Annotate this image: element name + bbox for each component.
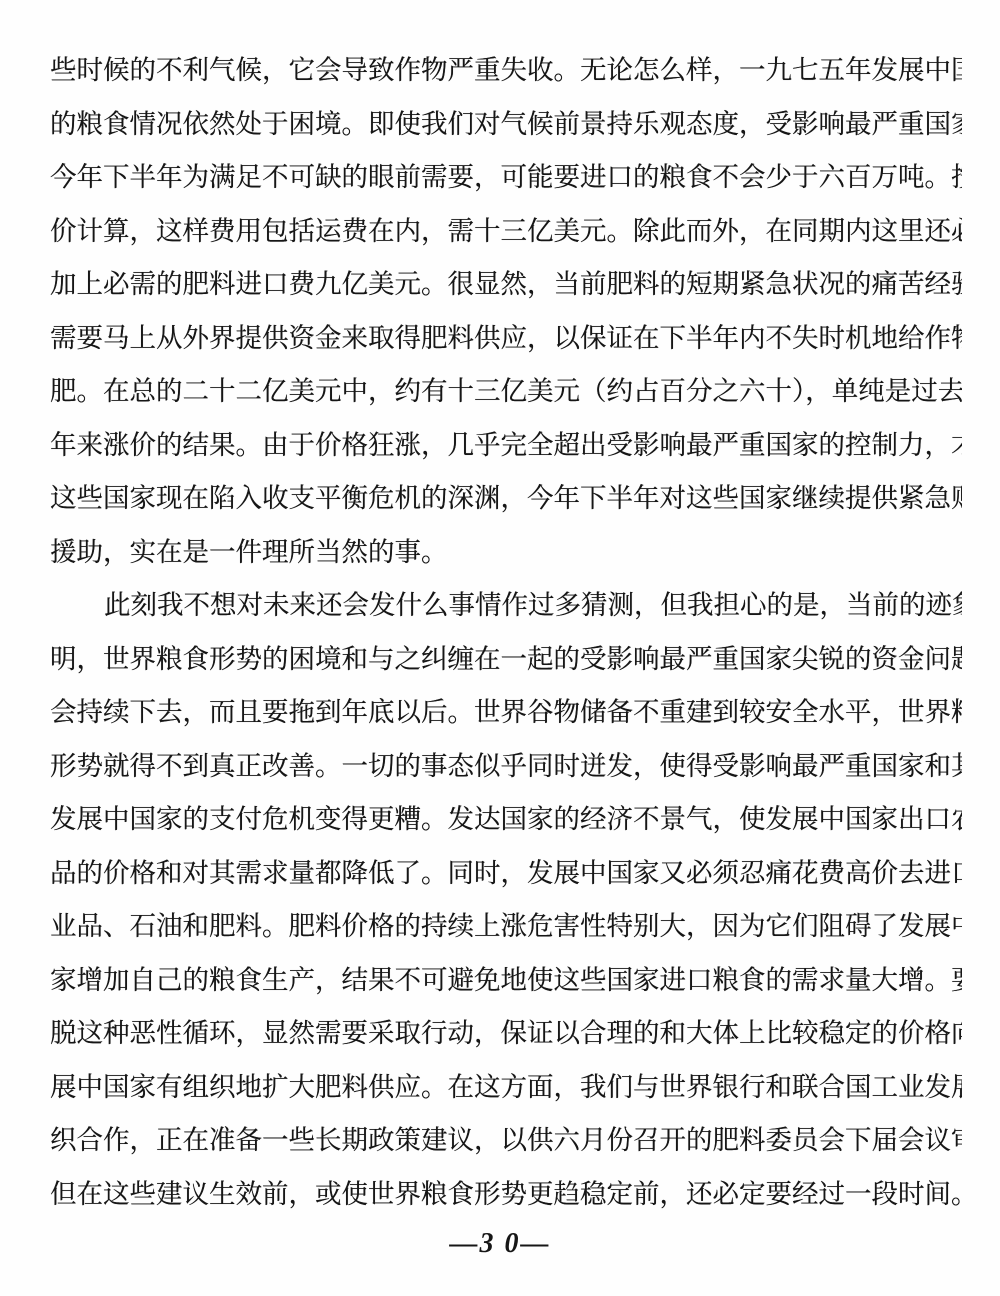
text-line: 展中国家有组织地扩大肥料供应。在这方面，我们与世界银行和联合国工业发展组 bbox=[50, 1061, 962, 1115]
text-line: 需要马上从外界提供资金来取得肥料供应，以保证在下半年内不失时机地给作物施 bbox=[50, 312, 962, 366]
text-line: 此刻我不想对未来还会发什么事情作过多猜测，但我担心的是，当前的迹象表 bbox=[50, 579, 962, 633]
text-line: 家增加自己的粮食生产，结果不可避免地使这些国家进口粮食的需求量大增。要摆 bbox=[50, 954, 962, 1008]
text-line: 价计算，这样费用包括运费在内，需十三亿美元。除此而外，在同期内这里还必需 bbox=[50, 205, 962, 259]
document-page: 些时候的不利气候，它会导致作物严重失收。无论怎么样，一九七五年发展中国家的粮食情… bbox=[0, 0, 1000, 1296]
text-line: 援助，实在是一件理所当然的事。 bbox=[50, 526, 962, 580]
text-line: 业品、石油和肥料。肥料价格的持续上涨危害性特别大，因为它们阻碍了发展中国 bbox=[50, 900, 962, 954]
text-line: 发展中国家的支付危机变得更糟。发达国家的经济不景气，使发展中国家出口农产 bbox=[50, 793, 962, 847]
text-line: 形势就得不到真正改善。一切的事态似乎同时迸发，使得受影响最严重国家和其他 bbox=[50, 740, 962, 794]
text-line: 但在这些建议生效前，或使世界粮食形势更趋稳定前，还必定要经过一段时间。与 bbox=[50, 1168, 962, 1222]
text-line: 脱这种恶性循环，显然需要采取行动，保证以合理的和大体上比较稳定的价格向发 bbox=[50, 1007, 962, 1061]
text-line: 会持续下去，而且要拖到年底以后。世界谷物储备不重建到较安全水平，世界粮食 bbox=[50, 686, 962, 740]
text-line: 肥。在总的二十二亿美元中，约有十三亿美元（约占百分之六十），单纯是过去两 bbox=[50, 365, 962, 419]
text-line: 明，世界粮食形势的困境和与之纠缠在一起的受影响最严重国家尖锐的资金问题都 bbox=[50, 633, 962, 687]
text-line: 织合作，正在准备一些长期政策建议，以供六月份召开的肥料委员会下届会议审议。 bbox=[50, 1114, 962, 1168]
text-line: 的粮食情况依然处于困境。即使我们对气候前景持乐观态度，受影响最严重国家在 bbox=[50, 98, 962, 152]
text-line: 这些国家现在陷入收支平衡危机的深渊，今年下半年对这些国家继续提供紧急财政 bbox=[50, 472, 962, 526]
text-line: 年来涨价的结果。由于价格狂涨，几乎完全超出受影响最严重国家的控制力，才使得 bbox=[50, 419, 962, 473]
text-line: 些时候的不利气候，它会导致作物严重失收。无论怎么样，一九七五年发展中国家 bbox=[50, 44, 962, 98]
text-block: 些时候的不利气候，它会导致作物严重失收。无论怎么样，一九七五年发展中国家的粮食情… bbox=[50, 44, 962, 1221]
text-line: 加上必需的肥料进口费九亿美元。很显然，当前肥料的短期紧急状况的痛苦经验表明， bbox=[50, 258, 962, 312]
text-line: 今年下半年为满足不可缺的眼前需要，可能要进口的粮食不会少于六百万吨。按现 bbox=[50, 151, 962, 205]
text-line: 品的价格和对其需求量都降低了。同时，发展中国家又必须忍痛花费高价去进口工 bbox=[50, 847, 962, 901]
page-number: —3 0— bbox=[0, 1228, 1000, 1260]
